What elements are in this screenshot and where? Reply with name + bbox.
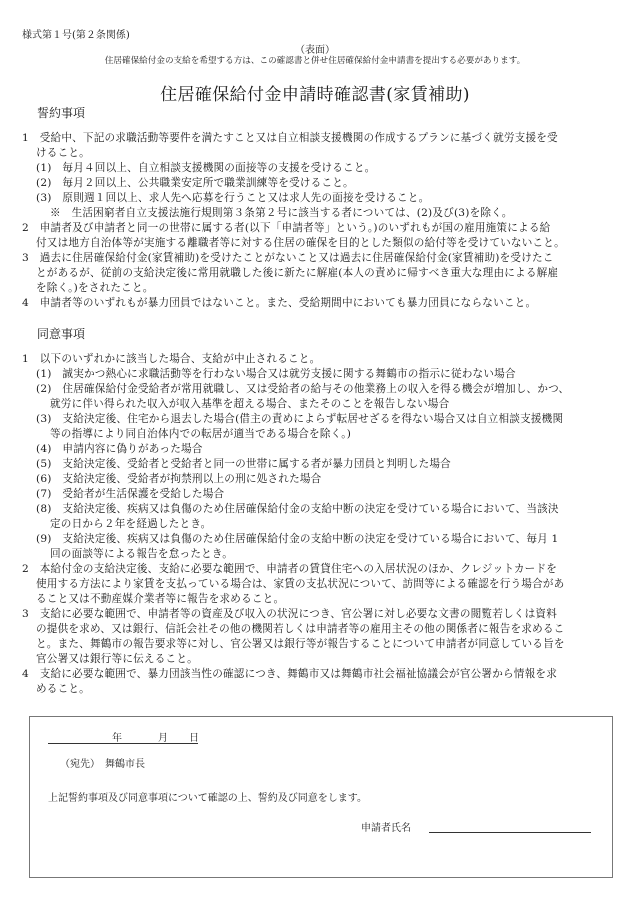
- signature-box: 年 月 日 （宛先） 舞鶴市長 上記誓約事項及び同意事項について確認の上、誓約及…: [29, 716, 613, 878]
- consent-line: 3 支給に必要な範囲で、申請者等の資産及び収入の状況につき、官公署に対し必要な文…: [22, 606, 557, 621]
- pledge-line: (1) 毎月４回以上、自立相談支援機関の面接等の支援を受けること。: [36, 160, 375, 175]
- consent-line: (4) 申請内容に偽りがあった場合: [36, 441, 203, 456]
- consent-line: 等の指導により同自治体内での転居が適当である場合を除く。): [50, 426, 351, 441]
- consent-line: (6) 支給決定後、受給者が拘禁刑以上の刑に処された場合: [36, 471, 321, 486]
- consent-line: (1) 誠実かつ熱心に求職活動等を行わない場合又は就労支援に関する舞鶴市の指示に…: [36, 366, 516, 381]
- pledge-line: (2) 毎月２回以上、公共職業安定所で職業訓練等を受けること。: [36, 175, 354, 190]
- pledge-line: (3) 原則週１回以上、求人先へ応募を行うこと又は求人先の面接を受けること。: [36, 190, 429, 205]
- addressee: （宛先） 舞鶴市長: [60, 755, 145, 770]
- pledge-line: 3 過去に住居確保給付金(家賃補助)を受けたことがないこと又は過去に住居確保給付…: [22, 250, 554, 265]
- month-label: 月: [158, 729, 168, 744]
- consent-line: 官公署又は銀行等に伝えること。: [36, 651, 198, 666]
- day-label: 日: [189, 729, 199, 744]
- consent-line: (2) 住居確保給付金受給者が常用就職し、又は受給者の給与その他業務上の収入を得…: [36, 381, 569, 396]
- applicant-name-label: 申請者氏名: [361, 819, 411, 834]
- pledge-line: 1 受給中、下記の求職活動等要件を満たすこと又は自立相談支援機関の作成するプラン…: [22, 130, 558, 145]
- pledge-line: 2 申請者及び申請者と同一の世帯に属する者(以下「申請者等」という。)のいずれも…: [22, 220, 550, 235]
- consent-line: 使用する方法により家賃を支払っている場合は、家賃の支払状況について、訪問等による…: [36, 576, 564, 591]
- consent-line: の提供を求め、又は銀行、信託会社その他の機関若しくは申請者等の雇用主その他の関係…: [36, 621, 564, 636]
- date-field[interactable]: 年 月 日: [48, 729, 198, 744]
- submission-notice: 住居確保給付金の支給を希望する方は、この確認書と併せ住居確保給付金申請書を提出す…: [0, 54, 630, 66]
- consent-line: (7) 受給者が生活保護を受給した場合: [36, 486, 224, 501]
- consent-line: ること又は不動産媒介業者等に報告を求めること。: [36, 591, 284, 606]
- consent-line: 2 本給付金の支給決定後、支給に必要な範囲で、申請者の賃貸住宅への入居状況のほか…: [22, 561, 557, 576]
- consent-line: 定の日から２年を経過したとき。: [50, 516, 211, 531]
- consent-line: 就労に伴い得られた収入が収入基準を超える場合、またそのことを報告しない場合: [50, 396, 449, 411]
- pledge-line: を除く。)をされたこと。: [36, 280, 154, 295]
- consent-line: と。また、舞鶴市の報告要求等に対し、官公署又は銀行等が報告することについて申請者…: [36, 636, 565, 651]
- consent-line: 1 以下のいずれかに該当した場合、支給が中止されること。: [22, 351, 320, 366]
- consent-line: (9) 支給決定後、疾病又は負傷のため住居確保給付金の支給中断の決定を受けている…: [36, 531, 558, 546]
- consent-line: 4 支給に必要な範囲で、暴力団該当性の確認につき、舞鶴市又は舞鶴市社会福祉協議会…: [22, 666, 557, 681]
- consent-line: (3) 支給決定後、住宅から退去した場合(借主の責めによらず転居せざるを得ない場…: [36, 411, 563, 426]
- pledge-line: けること。: [36, 145, 90, 160]
- confirmation-statement: 上記誓約事項及び同意事項について確認の上、誓約及び同意をします。: [48, 789, 367, 804]
- year-label: 年: [112, 729, 122, 744]
- consent-line: (8) 支給決定後、疾病又は負傷のため住居確保給付金の支給中断の決定を受けている…: [36, 501, 559, 516]
- pledge-line: とがあるが、従前の支給決定後に常用就職した後に新たに解雇(本人の責めに帰すべき重…: [36, 265, 558, 280]
- applicant-name-field[interactable]: [429, 832, 591, 833]
- consent-line: 回の面談等による報告を怠ったとき。: [50, 546, 233, 561]
- pledge-line: ※ 生活困窮者自立支援法施行規則第３条第２号に該当する者については、(2)及び(…: [50, 205, 513, 220]
- form-number: 様式第１号(第２条関係): [22, 26, 130, 41]
- pledge-line: 付又は地方自治体等が実施する離職者等に対する住居の確保を目的とした類似の給付等を…: [36, 235, 565, 250]
- pledge-line: 4 申請者等のいずれもが暴力団員ではないこと。また、受給期間中においても暴力団員…: [22, 295, 536, 310]
- document-title: 住居確保給付金申請時確認書(家賃補助): [0, 80, 630, 105]
- pledge-heading: 誓約事項: [37, 104, 85, 121]
- consent-line: めること。: [36, 681, 90, 696]
- consent-heading: 同意事項: [37, 325, 85, 342]
- consent-line: (5) 支給決定後、受給者と受給者と同一の世帯に属する者が暴力団員と判明した場合: [36, 456, 451, 471]
